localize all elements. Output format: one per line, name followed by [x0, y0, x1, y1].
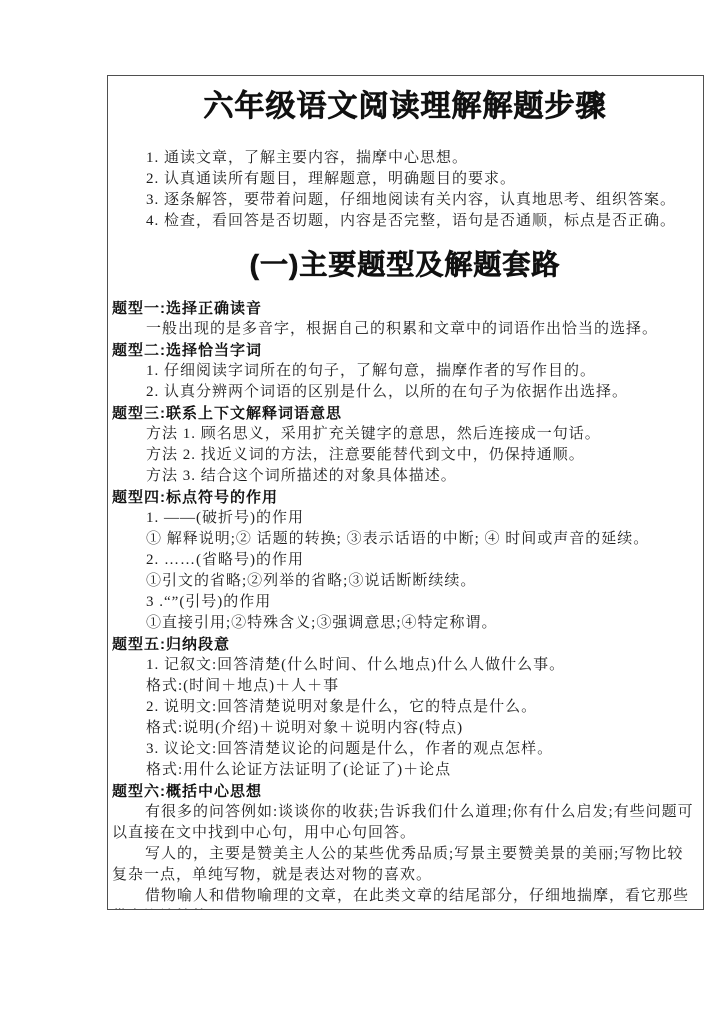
question-type-line: 2. 认真分辨两个词语的区别是什么，以所的在句子为依据作出选择。	[112, 382, 698, 403]
question-type-6: 题型六:概括中心思想 有很多的问答例如:谈谈你的收获;告诉我们什么道理;你有什么…	[112, 781, 698, 910]
doc-title: 六年级语文阅读理解解题步骤	[112, 90, 698, 124]
question-type-1: 题型一:选择正确读音 一般出现的是多音字，根据自己的积累和文章中的词语作出恰当的…	[112, 298, 698, 340]
paragraph: 借物喻人和借物喻理的文章，在此类文章的结尾部分，仔细地揣摩，看它那些带有议论性的	[112, 886, 698, 910]
question-type-line: 一般出现的是多音字，根据自己的积累和文章中的词语作出恰当的选择。	[112, 319, 698, 340]
question-type-line: ①引文的省略;②列举的省略;③说话断断续续。	[112, 571, 698, 592]
document-content: 六年级语文阅读理解解题步骤 1. 通读文章，了解主要内容，揣摩中心思想。 2. …	[108, 76, 703, 910]
question-type-4: 题型四:标点符号的作用 1. ——(破折号)的作用 ① 解释说明;② 话题的转换…	[112, 487, 698, 634]
question-type-line: 格式:用什么论证方法证明了(论证了)＋论点	[112, 760, 698, 781]
question-type-heading: 题型一:选择正确读音	[112, 298, 698, 319]
question-type-line: 格式:说明(介绍)＋说明对象＋说明内容(特点)	[112, 718, 698, 739]
document-page: 六年级语文阅读理解解题步骤 1. 通读文章，了解主要内容，揣摩中心思想。 2. …	[107, 75, 704, 910]
question-type-3: 题型三:联系上下文解释词语意思 方法 1. 顾名思义，采用扩充关键字的意思，然后…	[112, 403, 698, 487]
question-type-line: 格式:(时间＋地点)＋人＋事	[112, 676, 698, 697]
question-type-line: 2. ……(省略号)的作用	[112, 550, 698, 571]
question-type-line: 3 .“”(引号)的作用	[112, 592, 698, 613]
section-heading: (一)主要题型及解题套路	[112, 248, 698, 282]
question-type-heading: 题型五:归纳段意	[112, 634, 698, 655]
intro-step: 1. 通读文章，了解主要内容，揣摩中心思想。	[112, 148, 698, 169]
question-type-line: 方法 2. 找近义词的方法，注意要能替代到文中，仍保持通顺。	[112, 445, 698, 466]
question-type-2: 题型二:选择恰当字词 1. 仔细阅读字词所在的句子，了解句意，揣摩作者的写作目的…	[112, 340, 698, 403]
intro-steps: 1. 通读文章，了解主要内容，揣摩中心思想。 2. 认真通读所有题目，理解题意，…	[112, 148, 698, 232]
question-type-line: 方法 3. 结合这个词所描述的对象具体描述。	[112, 466, 698, 487]
question-type-heading: 题型三:联系上下文解释词语意思	[112, 403, 698, 424]
question-type-line: ① 解释说明;② 话题的转换; ③表示话语的中断; ④ 时间或声音的延续。	[112, 529, 698, 550]
question-type-line: 方法 1. 顾名思义，采用扩充关键字的意思，然后连接成一句话。	[112, 424, 698, 445]
paragraph: 有很多的问答例如:谈谈你的收获;告诉我们什么道理;你有什么启发;有些问题可以直接…	[112, 802, 698, 844]
intro-step: 3. 逐条解答，要带着问题，仔细地阅读有关内容，认真地思考、组织答案。	[112, 190, 698, 211]
paragraph: 写人的，主要是赞美主人公的某些优秀品质;写景主要赞美景的美丽;写物比较复杂一点，…	[112, 844, 698, 886]
question-type-heading: 题型六:概括中心思想	[112, 781, 698, 802]
question-type-5: 题型五:归纳段意 1. 记叙文:回答清楚(什么时间、什么地点)什么人做什么事。 …	[112, 634, 698, 781]
intro-step: 4. 检查，看回答是否切题，内容是否完整，语句是否通顺，标点是否正确。	[112, 211, 698, 232]
question-type-line: 3. 议论文:回答清楚议论的问题是什么，作者的观点怎样。	[112, 739, 698, 760]
question-type-line: ①直接引用;②特殊含义;③强调意思;④特定称谓。	[112, 613, 698, 634]
question-type-line: 1. 仔细阅读字词所在的句子，了解句意，揣摩作者的写作目的。	[112, 361, 698, 382]
question-type-line: 2. 说明文:回答清楚说明对象是什么，它的特点是什么。	[112, 697, 698, 718]
question-type-heading: 题型四:标点符号的作用	[112, 487, 698, 508]
question-type-heading: 题型二:选择恰当字词	[112, 340, 698, 361]
intro-step: 2. 认真通读所有题目，理解题意，明确题目的要求。	[112, 169, 698, 190]
question-type-line: 1. ——(破折号)的作用	[112, 508, 698, 529]
question-type-line: 1. 记叙文:回答清楚(什么时间、什么地点)什么人做什么事。	[112, 655, 698, 676]
